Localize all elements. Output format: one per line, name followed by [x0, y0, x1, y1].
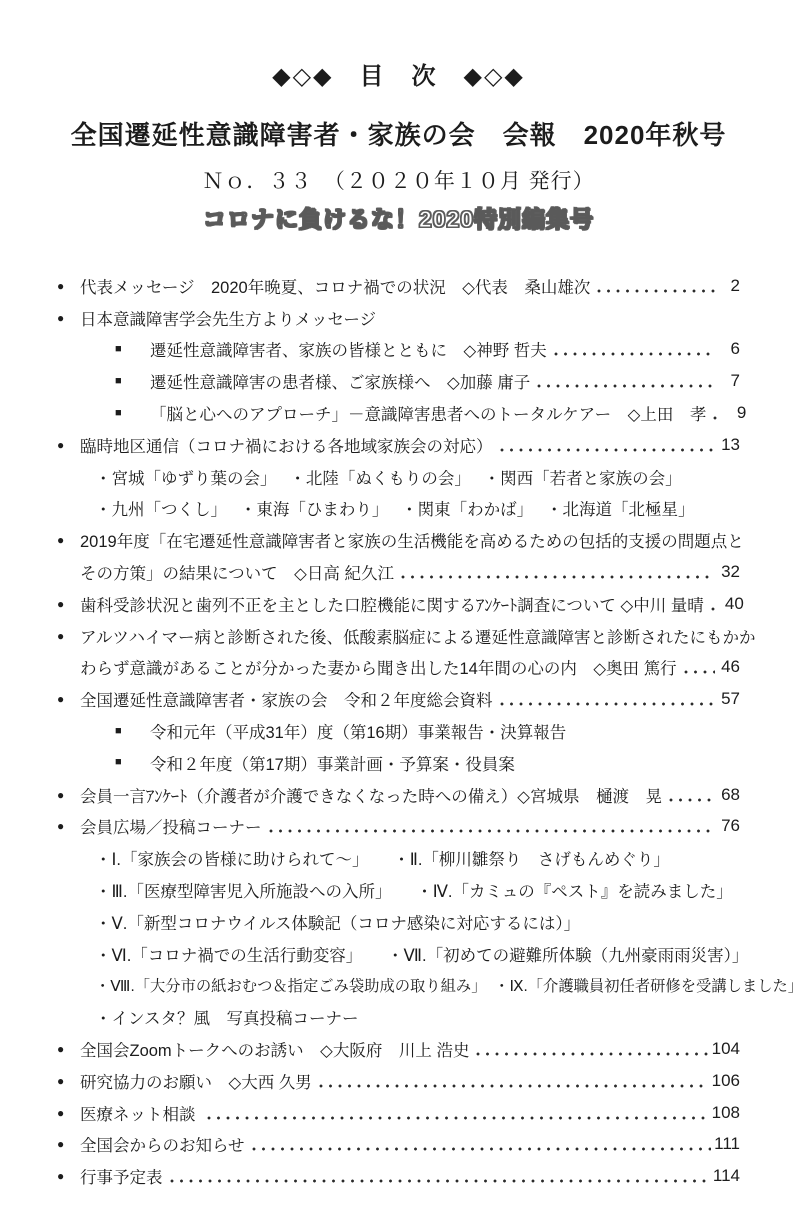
dot-leader: [401, 575, 715, 579]
toc-item: ■令和２年度（第17期）事業計画・予算案・役員案: [57, 747, 740, 779]
toc-item: ●医療ネット相談 108: [57, 1097, 740, 1129]
toc-item-text: 歯科受診状況と歯列不正を主とした口腔機能に関するｱﾝｹｰﾄ調査について ◇中川 …: [80, 592, 704, 616]
toc-item-text: 令和２年度（第17期）事業計画・予算案・役員案: [150, 751, 515, 775]
page-number: 76: [718, 816, 740, 836]
toc-heading: ◆◇◆ 目 次 ◆◇◆: [57, 56, 740, 91]
page-number: 13: [718, 435, 740, 455]
toc-item: ●代表メッセージ 2020年晩夏、コロナ禍での状況 ◇代表 桑山雄次2: [57, 270, 740, 302]
dot-leader: [207, 1116, 709, 1120]
toc-item: ■遷延性意識障害者、家族の皆様とともに ◇神野 哲夫6: [57, 334, 740, 366]
page-number: 9: [724, 403, 746, 423]
toc-item-text: 令和元年（平成31年）度（第16期）事業報告・決算報告: [150, 719, 566, 743]
dot-leader: [252, 1147, 712, 1151]
bullet-circle-icon: ●: [57, 693, 80, 705]
bullet-circle-icon: ●: [57, 1138, 80, 1150]
dot-leader: [500, 702, 716, 706]
toc-item-text: ・Ⅴ.「新型コロナウイルス体験記（コロナ感染に対応するには）」: [95, 910, 580, 934]
bullet-circle-icon: ●: [57, 598, 80, 610]
dot-leader: [597, 289, 715, 293]
toc-item: ●臨時地区通信（コロナ禍における各地域家族会の対応）13: [57, 429, 740, 461]
toc-item-text: ・インスタ？風 写真投稿コーナー: [95, 1005, 359, 1029]
bullet-circle-icon: ●: [57, 534, 80, 546]
dot-leader: [269, 829, 716, 833]
toc-item: ・Ⅷ.「大分市の紙おむつ＆指定ごみ袋助成の取り組み」 ・Ⅸ.「介護職員初任者研修…: [57, 970, 740, 1002]
page-number: 68: [718, 785, 740, 805]
toc-item-text: ・九州「つくし」 ・東海「ひまわり」 ・関東「わかば」 ・北海道「北極星」: [95, 496, 695, 520]
toc-item-text: ・Ⅵ.「コロナ禍での生活行動変容」 ・Ⅶ.「初めての避難所体験（九州豪雨雨災害）…: [95, 942, 748, 966]
bullet-circle-icon: ●: [57, 789, 80, 801]
page-number: 111: [714, 1134, 740, 1154]
toc-item-text: ・Ⅷ.「大分市の紙おむつ＆指定ごみ袋助成の取り組み」 ・Ⅸ.「介護職員初任者研修…: [95, 974, 800, 996]
bullet-circle-icon: ●: [57, 1043, 80, 1055]
page-number: 46: [718, 657, 740, 677]
toc-item: ・インスタ？風 写真投稿コーナー: [57, 1001, 740, 1033]
dot-leader: [711, 607, 719, 611]
toc-item: ●2019年度「在宅遷延性意識障害者と家族の生活機能を高めるための包括的支援の問…: [57, 524, 740, 556]
toc-item-text: 遷延性意識障害者、家族の皆様とともに ◇神野 哲夫: [150, 337, 547, 361]
toc-item-text: その方策」の結果について ◇日高 紀久江: [80, 560, 394, 584]
toc-item-text: 遷延性意識障害の患者様、ご家族様へ ◇加藤 庸子: [150, 369, 530, 393]
dot-leader: [669, 798, 715, 802]
toc-item: その方策」の結果について ◇日高 紀久江32: [57, 556, 740, 588]
page-number: 114: [713, 1166, 740, 1186]
toc-item: ●会員広場／投稿コーナー76: [57, 811, 740, 843]
toc-item-text: 会員一言ｱﾝｹｰﾄ（介護者が介護できなくなった時への備え）◇宮城県 樋渡 晃: [80, 783, 662, 807]
toc-item-text: 「脳と心へのアプローチ」－意識障害患者へのトータルケアー ◇上田 孝: [150, 401, 706, 425]
page-number: 32: [718, 562, 740, 582]
toc-item: わらず意識があることが分かった妻から聞き出した14年間の心の内 ◇奥田 篤行46: [57, 652, 740, 684]
page-title: 全国遷延性意識障害者・家族の会 会報 2020年秋号: [57, 115, 740, 152]
special-edition-subtitle: コロナに負けるな！2020特別編集号: [57, 201, 740, 234]
toc-item-text: 全国会からのお知らせ: [80, 1132, 245, 1156]
bullet-circle-icon: ●: [57, 312, 80, 324]
dot-leader: [170, 1179, 710, 1183]
dot-leader: [684, 670, 715, 674]
toc-item: ■「脳と心へのアプローチ」－意識障害患者へのトータルケアー ◇上田 孝9: [57, 397, 740, 429]
page-number: 104: [712, 1039, 740, 1059]
bullet-circle-icon: ●: [57, 1170, 80, 1182]
page-number: 2: [718, 276, 740, 296]
toc-item-text: アルツハイマー病と診断された後、低酸素脳症による遷延性意識障害と診断されたにもか…: [80, 624, 756, 648]
bullet-circle-icon: ●: [57, 630, 80, 642]
bullet-circle-icon: ●: [57, 439, 80, 451]
toc-item: ●行事予定表114: [57, 1160, 740, 1192]
toc-item-text: わらず意識があることが分かった妻から聞き出した14年間の心の内 ◇奥田 篤行: [80, 655, 677, 679]
toc-item: ●全国遷延性意識障害者・家族の会 令和２年度総会資料57: [57, 683, 740, 715]
page-number: 6: [718, 339, 740, 359]
page-number: 106: [712, 1071, 740, 1091]
toc-item-text: ・宮城「ゆずり葉の会」 ・北陸「ぬくもりの会」 ・関西「若者と家族の会」: [95, 465, 682, 489]
toc-item: ●アルツハイマー病と診断された後、低酸素脳症による遷延性意識障害と診断されたにも…: [57, 620, 740, 652]
toc-item-text: 医療ネット相談: [80, 1101, 200, 1125]
toc-item-text: 行事予定表: [80, 1164, 163, 1188]
toc-item: ●全国会Zoomトークへのお誘い ◇大阪府 川上 浩史104: [57, 1033, 740, 1065]
toc-item-text: 臨時地区通信（コロナ禍における各地域家族会の対応）: [80, 433, 493, 457]
toc-item: ●研究協力のお願い ◇大西 久男106: [57, 1065, 740, 1097]
toc-list: ●代表メッセージ 2020年晩夏、コロナ禍での状況 ◇代表 桑山雄次2●日本意識…: [57, 270, 740, 1192]
toc-item: ・Ⅵ.「コロナ禍での生活行動変容」 ・Ⅶ.「初めての避難所体験（九州豪雨雨災害）…: [57, 938, 740, 970]
bullet-square-icon: ■: [115, 408, 150, 419]
bullet-square-icon: ■: [115, 376, 150, 387]
toc-item: ・宮城「ゆずり葉の会」 ・北陸「ぬくもりの会」 ・関西「若者と家族の会」: [57, 461, 740, 493]
toc-item: ●日本意識障害学会先生方よりメッセージ: [57, 302, 740, 334]
toc-item: ・九州「つくし」 ・東海「ひまわり」 ・関東「わかば」 ・北海道「北極星」: [57, 493, 740, 525]
toc-item-text: 会員広場／投稿コーナー: [80, 814, 262, 838]
toc-item-text: 代表メッセージ 2020年晩夏、コロナ禍での状況 ◇代表 桑山雄次: [80, 274, 590, 298]
page-number: 40: [722, 594, 744, 614]
bullet-circle-icon: ●: [57, 1107, 80, 1119]
dot-leader: [537, 384, 715, 388]
issue-number-line: Ｎｏ．３３ （２０２０年１０月 発行）: [57, 165, 740, 195]
toc-item-text: 全国会Zoomトークへのお誘い ◇大阪府 川上 浩史: [80, 1037, 469, 1061]
toc-item-text: ・Ⅰ.「家族会の皆様に助けられて～」 ・Ⅱ.「柳川雛祭り さげもんめぐり」: [95, 846, 670, 870]
toc-item: ●歯科受診状況と歯列不正を主とした口腔機能に関するｱﾝｹｰﾄ調査について ◇中川…: [57, 588, 740, 620]
dot-leader: [713, 416, 721, 420]
toc-item: ■遷延性意識障害の患者様、ご家族様へ ◇加藤 庸子7: [57, 365, 740, 397]
bullet-square-icon: ■: [115, 344, 150, 355]
dot-leader: [500, 448, 716, 452]
dot-leader: [319, 1084, 709, 1088]
toc-item-text: 全国遷延性意識障害者・家族の会 令和２年度総会資料: [80, 687, 493, 711]
bullet-square-icon: ■: [115, 726, 150, 737]
toc-item-text: 研究協力のお願い ◇大西 久男: [80, 1069, 312, 1093]
dot-leader: [554, 352, 715, 356]
bullet-circle-icon: ●: [57, 1075, 80, 1087]
toc-item-text: 日本意識障害学会先生方よりメッセージ: [80, 306, 376, 330]
bullet-circle-icon: ●: [57, 280, 80, 292]
toc-item-text: ・Ⅲ.「医療型障害児入所施設への入所」 ・Ⅳ.「カミュの『ペスト』を読みました」: [95, 878, 733, 902]
toc-item: ●全国会からのお知らせ111: [57, 1129, 740, 1161]
toc-item: ■令和元年（平成31年）度（第16期）事業報告・決算報告: [57, 715, 740, 747]
dot-leader: [476, 1052, 708, 1056]
page-number: 7: [718, 371, 740, 391]
toc-item: ・Ⅲ.「医療型障害児入所施設への入所」 ・Ⅳ.「カミュの『ペスト』を読みました」: [57, 874, 740, 906]
toc-item: ・Ⅴ.「新型コロナウイルス体験記（コロナ感染に対応するには）」: [57, 906, 740, 938]
bullet-square-icon: ■: [115, 757, 150, 768]
document-page: ◆◇◆ 目 次 ◆◇◆ 全国遷延性意識障害者・家族の会 会報 2020年秋号 Ｎ…: [0, 0, 800, 1223]
toc-item: ・Ⅰ.「家族会の皆様に助けられて～」 ・Ⅱ.「柳川雛祭り さげもんめぐり」: [57, 842, 740, 874]
toc-item-text: 2019年度「在宅遷延性意識障害者と家族の生活機能を高めるための包括的支援の問題…: [80, 528, 744, 552]
page-number: 57: [718, 689, 740, 709]
toc-item: ●会員一言ｱﾝｹｰﾄ（介護者が介護できなくなった時への備え）◇宮城県 樋渡 晃6…: [57, 779, 740, 811]
page-number: 108: [712, 1103, 740, 1123]
bullet-circle-icon: ●: [57, 820, 80, 832]
